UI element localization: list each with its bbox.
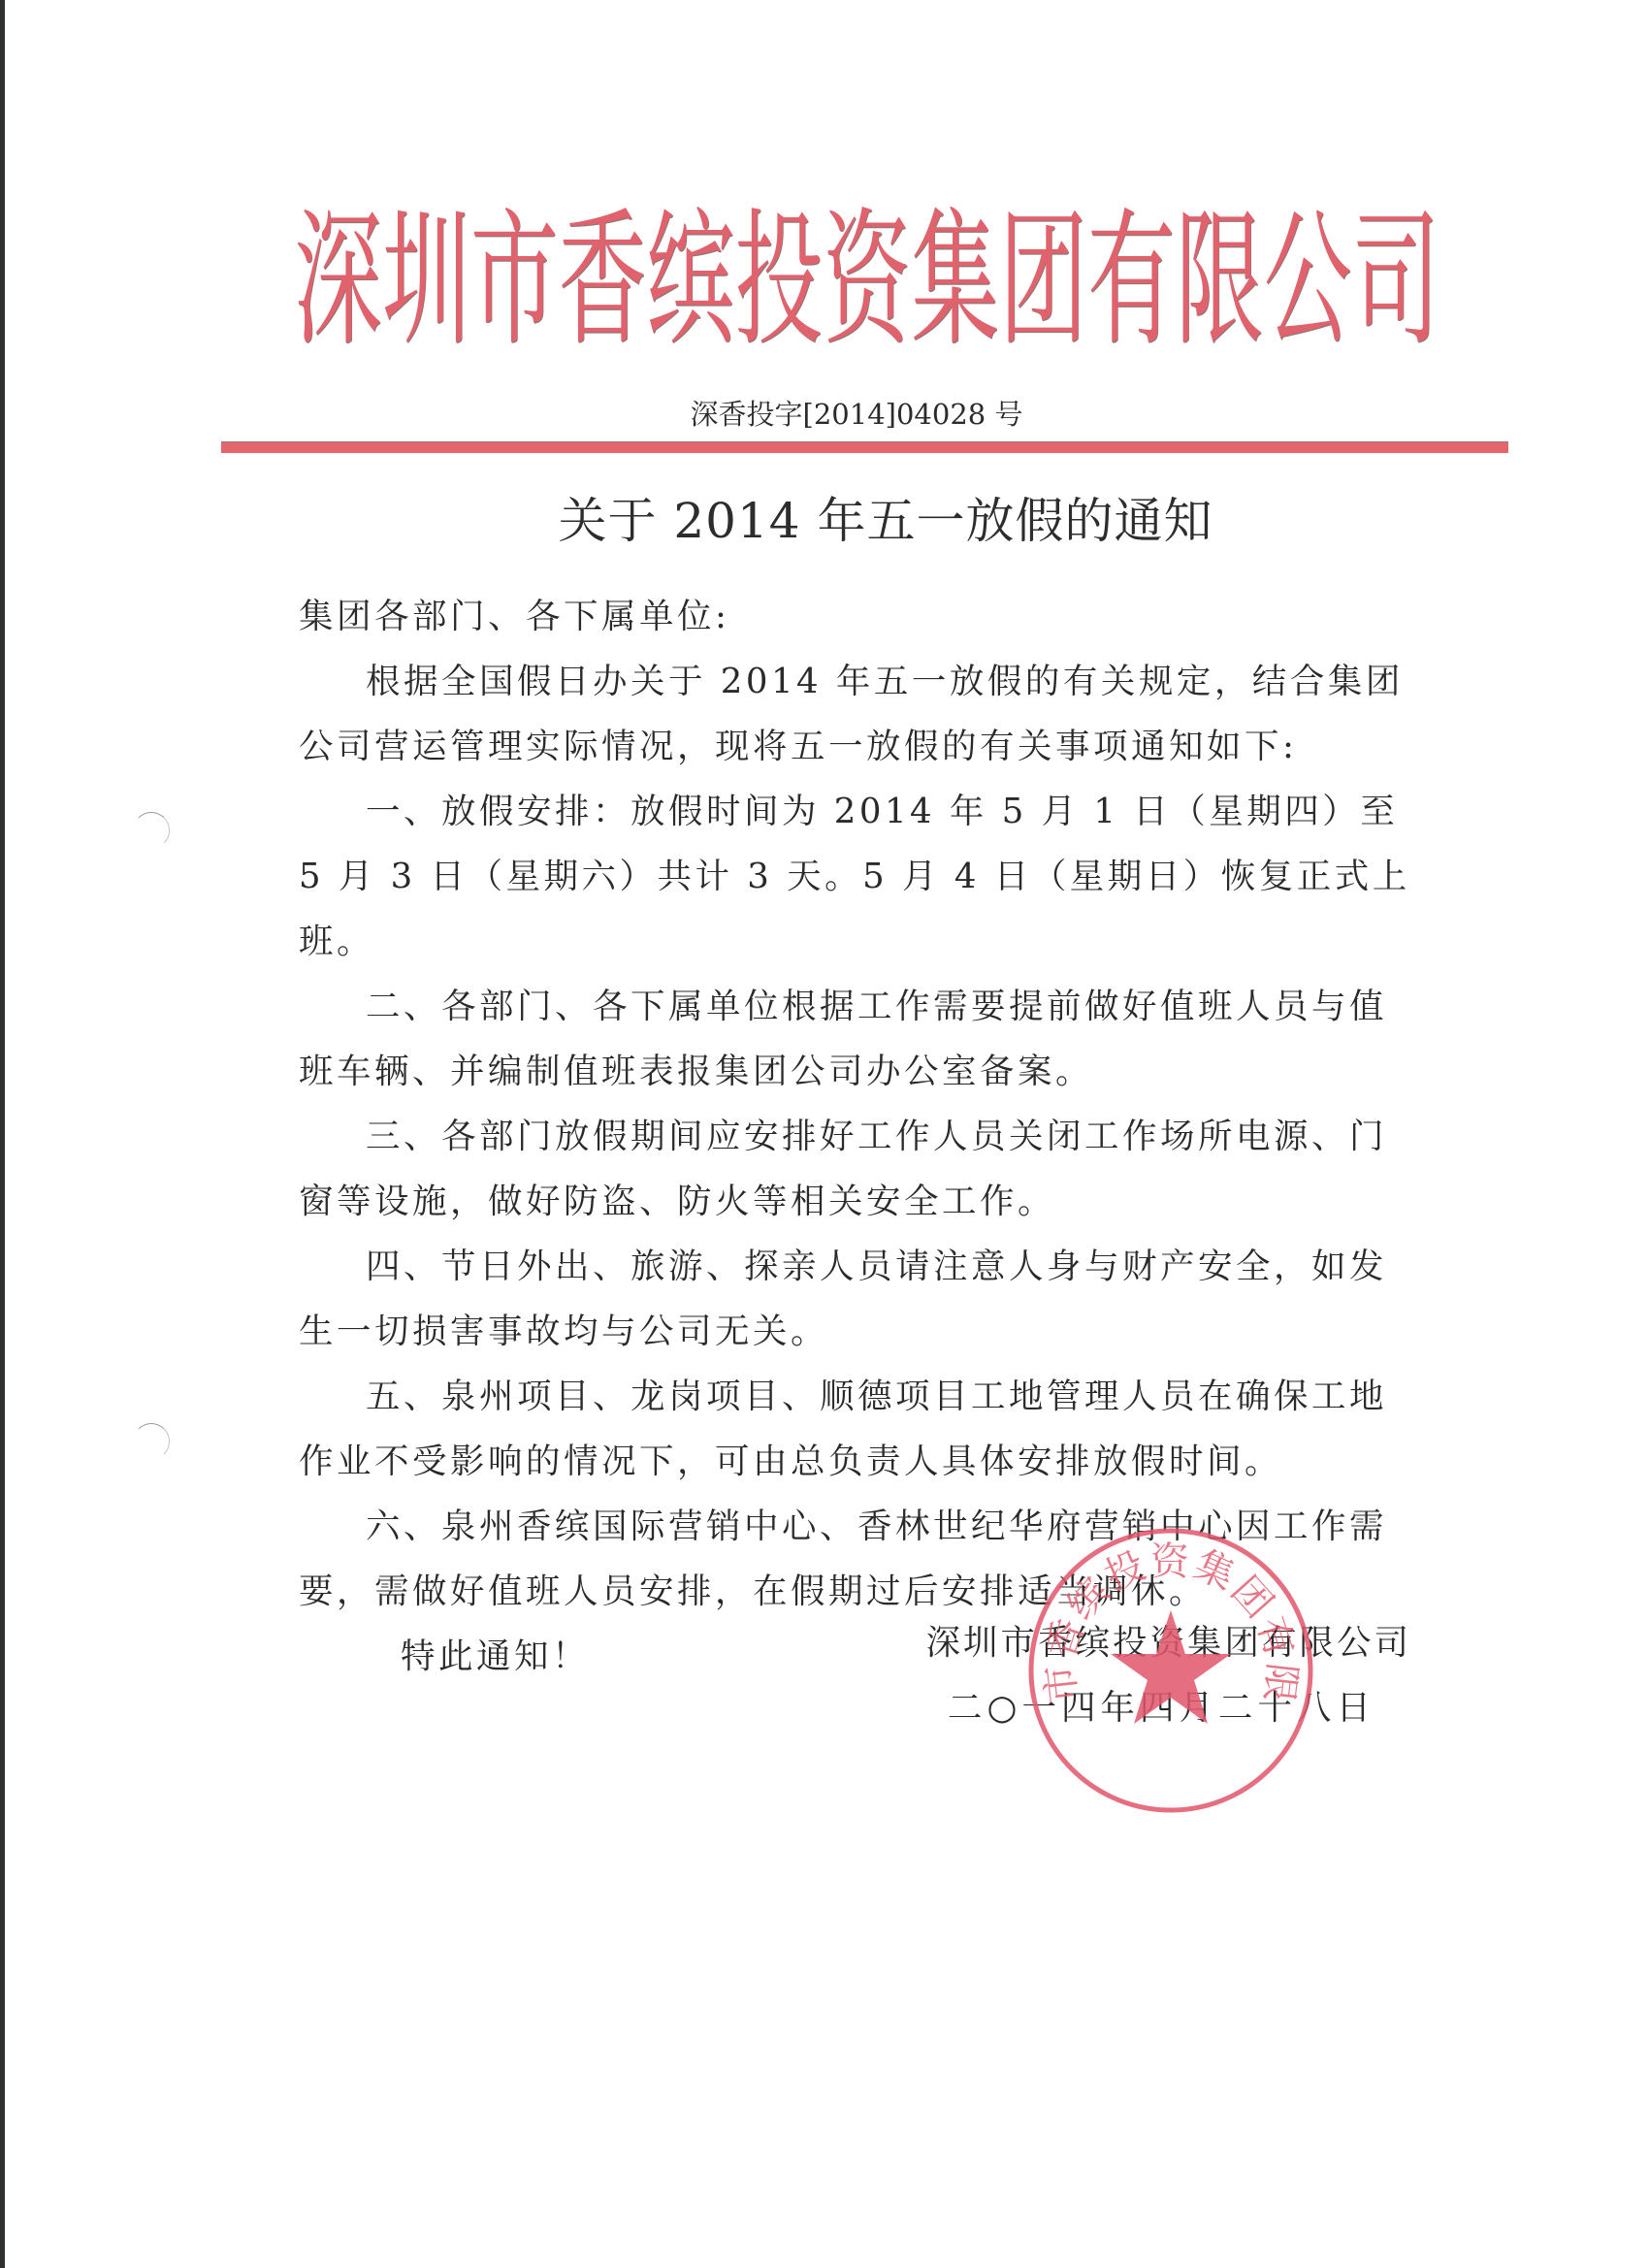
red-divider-rule xyxy=(221,441,1508,453)
item-paragraph: 四、节日外出、旅游、探亲人员请注意人身与财产安全，如发生一切损害事故均与公司无关… xyxy=(299,1234,1424,1364)
item-paragraph: 五、泉州项目、龙岗项目、顺德项目工地管理人员在确保工地作业不受影响的情况下，可由… xyxy=(299,1364,1424,1494)
item-label: 六、 xyxy=(366,1507,441,1546)
item-label: 一、 xyxy=(366,792,441,831)
item-paragraph: 六、泉州香缤国际营销中心、香林世纪华府营销中心因工作需要，需做好值班人员安排，在… xyxy=(299,1494,1424,1624)
salutation: 集团各部门、各下属单位: xyxy=(299,584,1424,649)
item-text: 放假安排：放假时间为 2014 年 5 月 1 日（星期四）至 5 月 3 日（… xyxy=(299,792,1410,961)
item-label: 五、 xyxy=(366,1377,441,1416)
item-text: 各部门放假期间应安排好工作人员关闭工作场所电源、门窗等设施，做好防盗、防火等相关… xyxy=(299,1117,1387,1221)
item-paragraph: 一、放假安排：放假时间为 2014 年 5 月 1 日（星期四）至 5 月 3 … xyxy=(299,779,1424,974)
scan-edge-shadow xyxy=(0,0,5,2268)
punch-hole-mark xyxy=(133,812,170,849)
document-number: 深香投字[2014]04028 号 xyxy=(0,393,1649,433)
item-text: 泉州项目、龙岗项目、顺德项目工地管理人员在确保工地作业不受影响的情况下，可由总负… xyxy=(299,1377,1387,1481)
item-text: 各部门、各下属单位根据工作需要提前做好值班人员与值班车辆、并编制值班表报集团公司… xyxy=(299,987,1387,1091)
notice-body: 集团各部门、各下属单位: 根据全国假日办关于 2014 年五一放假的有关规定，结… xyxy=(299,584,1424,1689)
notice-title: 关于 2014 年五一放假的通知 xyxy=(0,482,1649,552)
punch-hole-mark xyxy=(133,1423,170,1460)
item-text: 节日外出、旅游、探亲人员请注意人身与财产安全，如发生一切损害事故均与公司无关。 xyxy=(299,1247,1387,1351)
item-paragraph: 二、各部门、各下属单位根据工作需要提前做好值班人员与值班车辆、并编制值班表报集团… xyxy=(299,974,1424,1104)
item-label: 三、 xyxy=(366,1117,441,1156)
item-label: 二、 xyxy=(366,987,441,1026)
item-text: 泉州香缤国际营销中心、香林世纪华府营销中心因工作需要，需做好值班人员安排，在假期… xyxy=(299,1507,1387,1611)
item-label: 四、 xyxy=(366,1247,441,1286)
letterhead: 深圳市香缤投资集团有限公司 xyxy=(294,199,1405,364)
intro-paragraph: 根据全国假日办关于 2014 年五一放假的有关规定，结合集团公司营运管理实际情况… xyxy=(299,649,1424,779)
signature-company: 深圳市香缤投资集团有限公司 xyxy=(925,1615,1411,1665)
company-header: 深圳市香缤投资集团有限公司 xyxy=(294,184,1083,379)
item-paragraph: 三、各部门放假期间应安排好工作人员关闭工作场所电源、门窗等设施，做好防盗、防火等… xyxy=(299,1104,1424,1234)
signature-date: 二○一四年四月二十八日 xyxy=(948,1680,1375,1730)
